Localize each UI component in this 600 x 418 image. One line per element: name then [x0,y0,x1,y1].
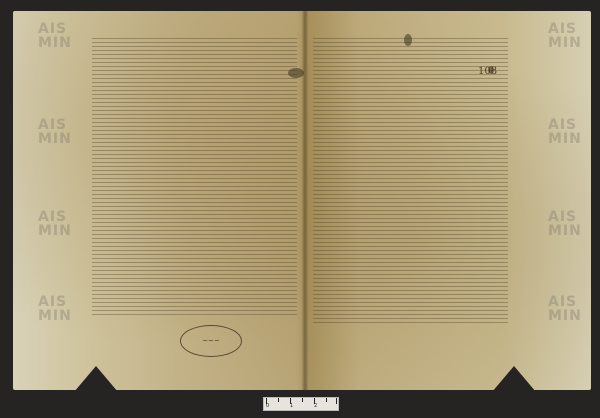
watermark: AISMIN [38,118,72,146]
ink-mark [288,68,304,78]
watermark: AISMIN [548,22,582,50]
archive-stamp: ~~~ [180,325,242,357]
watermark: AISMIN [38,295,72,323]
watermark: AISMIN [38,210,72,238]
parchment-notch-left [74,366,118,392]
watermark: AISMIN [38,22,72,50]
scale-ruler: 0 1 2 [263,397,339,411]
right-text-column [313,35,508,325]
watermark: AISMIN [548,295,582,323]
watermark: AISMIN [548,210,582,238]
ink-mark [404,34,412,46]
watermark: AISMIN [548,118,582,146]
ink-mark [488,66,494,74]
left-text-column [92,35,297,315]
parchment-notch-right [492,366,536,392]
center-fold [302,11,308,390]
